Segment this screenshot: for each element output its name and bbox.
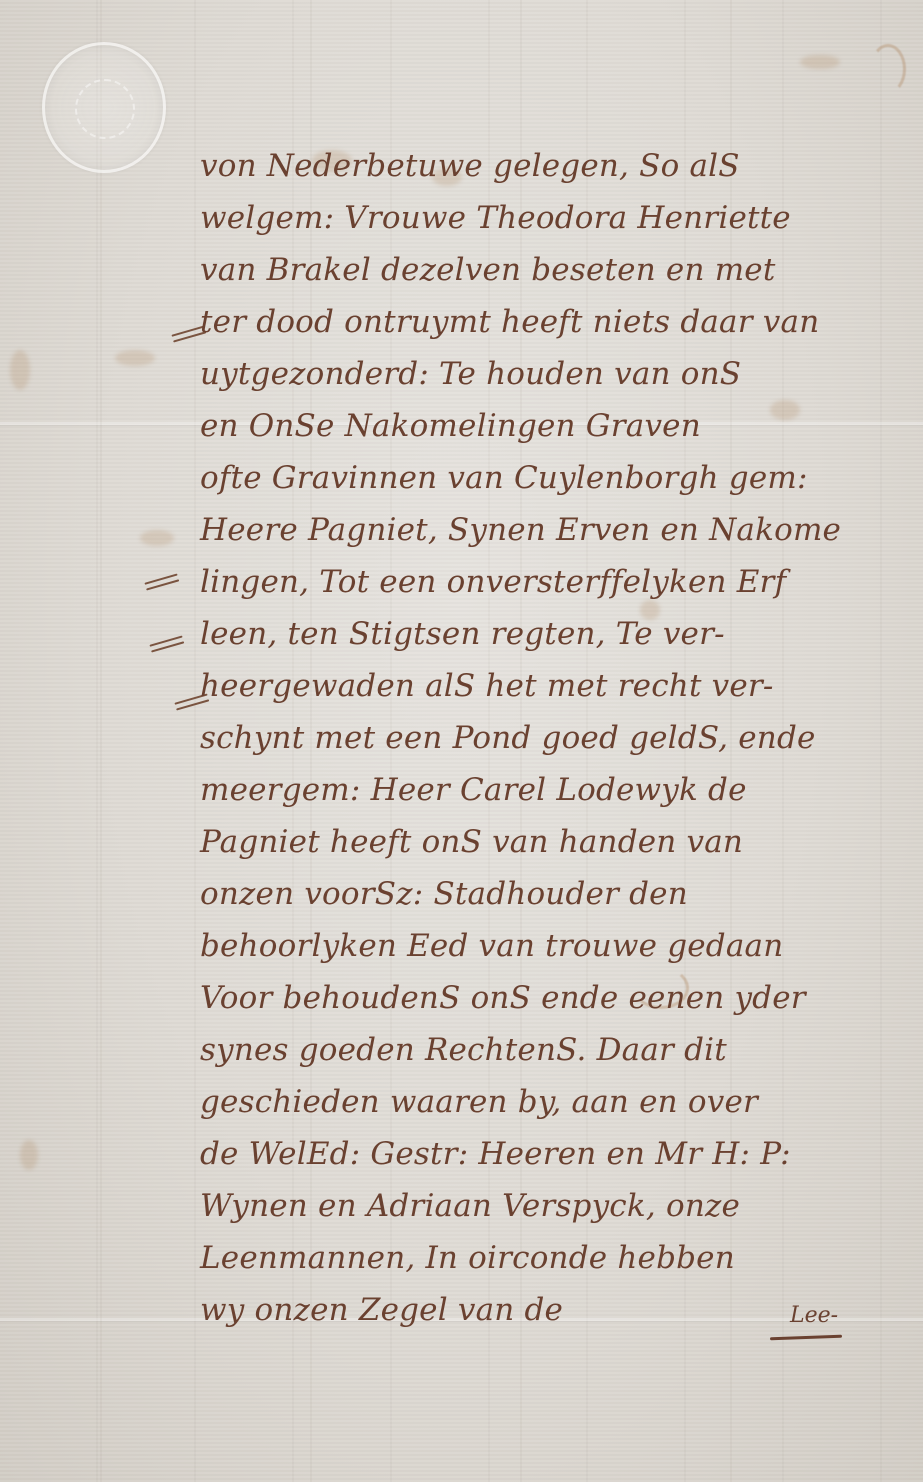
text-line: ofte Gravinnen van Cuylenborgh gem: [200, 452, 910, 504]
embossed-seal-icon [42, 42, 166, 173]
catchword: Lee- [790, 1303, 838, 1328]
text-line: Voor behoudenS onS ende eenen yder [200, 972, 910, 1024]
text-line: van Brakel dezelven beseten en met [200, 244, 910, 296]
seal-emblem [75, 79, 135, 139]
ink-stain [115, 350, 155, 366]
text-line: welgem: Vrouwe Theodora Henriette [200, 192, 910, 244]
text-line: Wynen en Adriaan Verspyck, onze [200, 1180, 910, 1232]
text-line: geschieden waaren by, aan en over [200, 1076, 910, 1128]
margin-mark [144, 573, 179, 591]
text-line: ter dood ontruymt heeft niets daar van [200, 296, 910, 348]
text-line: Heere Pagniet, Synen Erven en Nakome [200, 504, 910, 556]
text-line: synes goeden RechtenS. Daar dit [200, 1024, 910, 1076]
text-line: leen, ten Stigtsen regten, Te ver- [200, 608, 910, 660]
text-line: Leenmannen, In oirconde hebben [200, 1232, 910, 1284]
text-line: heergewaden alS het met recht ver- [200, 660, 910, 712]
text-line: de WelEd: Gestr: Heeren en Mr H: P: [200, 1128, 910, 1180]
ink-stain [800, 55, 840, 69]
text-line: lingen, Tot een onversterffelyken Erf [200, 556, 910, 608]
text-line: en OnSe Nakomelingen Graven [200, 400, 910, 452]
text-line: behoorlyken Eed van trouwe gedaan [200, 920, 910, 972]
text-line: Pagniet heeft onS van handen van [200, 816, 910, 868]
paper-chain-line [100, 0, 102, 1482]
manuscript-text: von Nederbetuwe gelegen, So alS welgem: … [200, 140, 910, 1336]
margin-mark [149, 635, 184, 653]
ink-stain [140, 530, 174, 546]
ink-stain [20, 1140, 38, 1170]
ink-stain [870, 44, 906, 94]
text-line: meergem: Heer Carel Lodewyk de [200, 764, 910, 816]
text-line: schynt met een Pond goed geldS, ende [200, 712, 910, 764]
ink-stain [10, 350, 30, 390]
text-line: onzen voorSz: Stadhouder den [200, 868, 910, 920]
manuscript-page: von Nederbetuwe gelegen, So alS welgem: … [0, 0, 923, 1482]
text-line: von Nederbetuwe gelegen, So alS [200, 140, 910, 192]
text-line: uytgezonderd: Te houden van onS [200, 348, 910, 400]
